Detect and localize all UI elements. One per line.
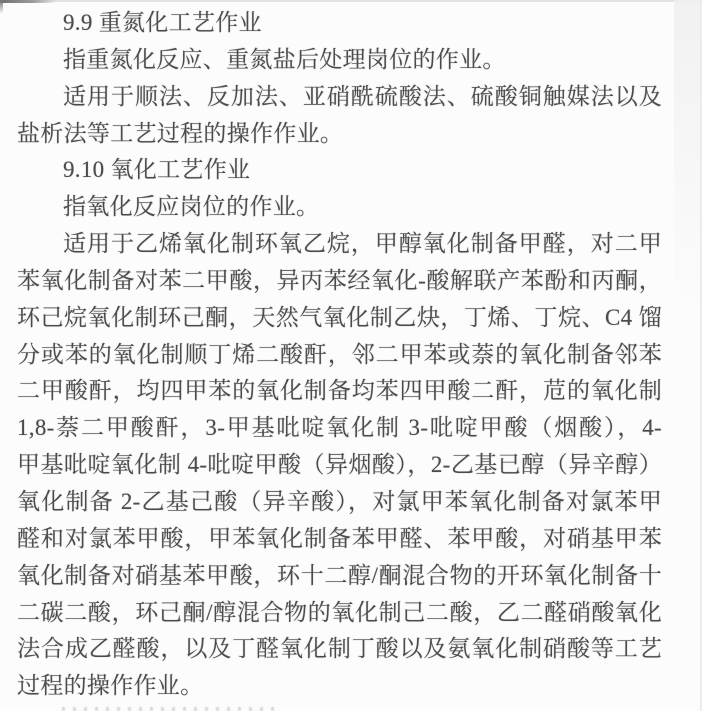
text-line: 分或苯的氧化制顺丁烯二酸酐，邻二甲苯或萘的氧化制备邻苯 <box>17 337 662 374</box>
text-line: 过程的操作作业。 <box>17 668 662 705</box>
text-line: 法合成乙醛酸，以及丁醛氧化制丁酸以及氨氧化制硝酸等工艺 <box>17 631 662 668</box>
scan-artifact-right-band <box>674 0 700 320</box>
text-line: 适用于乙烯氧化制环氧乙烷，甲醇氧化制备甲醛，对二甲 <box>17 226 662 263</box>
text-line: 适用于顺法、反加法、亚硝酰硫酸法、硫酸铜触媒法以及 <box>17 79 662 116</box>
text-line: 指重氮化反应、重氮盐后处理岗位的作业。 <box>17 42 662 79</box>
text-line: 1,8-萘二甲酸酐，3-甲基吡啶氧化制 3-吡啶甲酸（烟酸），4- <box>17 410 662 447</box>
section-heading-9-10: 9.10 氧化工艺作业 <box>17 152 662 189</box>
document-text-block: 9.9 重氮化工艺作业 指重氮化反应、重氮盐后处理岗位的作业。 适用于顺法、反加… <box>17 5 662 705</box>
text-line: 醛和对氯苯甲酸，甲苯氧化制备苯甲醛、苯甲酸，对硝基甲苯 <box>17 521 662 558</box>
scan-artifact-top-left-mark <box>0 0 56 3</box>
text-line: 苯氧化制备对苯二甲酸，异丙苯经氧化-酸解联产苯酚和丙酮， <box>17 263 662 300</box>
text-line: 指氧化反应岗位的作业。 <box>17 189 662 226</box>
scan-artifact-left-edge-mark <box>0 0 3 14</box>
scanned-document-page: 9.9 重氮化工艺作业 指重氮化反应、重氮盐后处理岗位的作业。 适用于顺法、反加… <box>0 0 702 711</box>
text-line: 环己烷氧化制环己酮，天然气氧化制乙炔，丁烯、丁烷、C4 馏 <box>17 300 662 337</box>
scan-artifact-top-hairline <box>0 0 702 2</box>
text-line: 甲基吡啶氧化制 4-吡啶甲酸（异烟酸），2-乙基已醇（异辛醇） <box>17 447 662 484</box>
text-line: 二碳二酸，环己酮/醇混合物的氧化制己二酸，乙二醛硝酸氧化 <box>17 595 662 632</box>
section-heading-9-9: 9.9 重氮化工艺作业 <box>17 5 662 42</box>
scan-artifact-cutoff-next-line <box>62 707 274 711</box>
text-line: 氧化制备对硝基苯甲酸，环十二醇/酮混合物的开环氧化制备十 <box>17 558 662 595</box>
text-line: 盐析法等工艺过程的操作作业。 <box>17 116 662 153</box>
text-line: 氧化制备 2-乙基己酸（异辛酸），对氯甲苯氧化制备对氯苯甲 <box>17 484 662 521</box>
text-line: 二甲酸酐，均四甲苯的氧化制备均苯四甲酸二酐，苊的氧化制 <box>17 373 662 410</box>
